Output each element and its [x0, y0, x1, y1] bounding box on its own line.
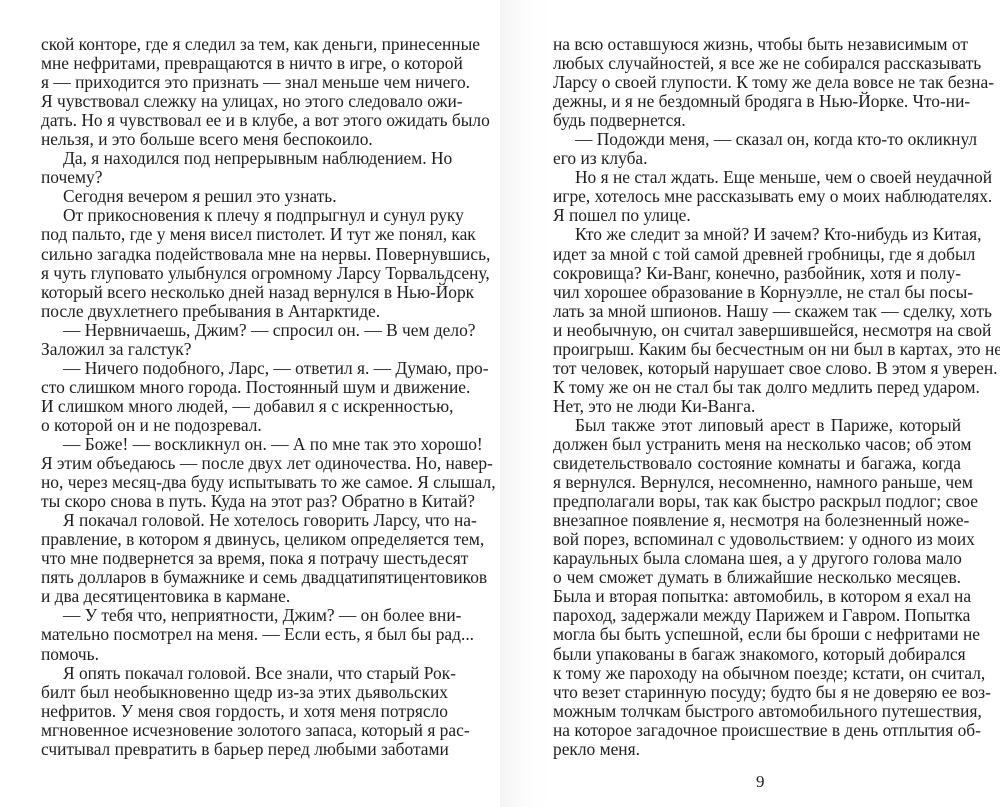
- text-line: его из клуба.: [553, 149, 961, 168]
- text-line: тот человек, который нарушает свое слово…: [553, 359, 961, 378]
- text-line: нефритов. У меня своя гордость, и хотя м…: [41, 702, 448, 721]
- text-line: я вернулся. Вернулся, несомненно, намног…: [553, 473, 961, 492]
- text-line: мгновенное исчезновение золотого запаса,…: [41, 721, 448, 740]
- text-line: правление, в котором я двинусь, целиком …: [41, 530, 448, 549]
- text-line: чил хорошее образование в Корнуэлле, не …: [553, 283, 961, 302]
- right-page-text: на всю оставшуюся жизнь, чтобы быть неза…: [553, 35, 961, 759]
- left-page-text: ской конторе, где я следил за тем, как д…: [41, 35, 448, 759]
- text-line: и два десятицентовика в кармане.: [41, 587, 448, 606]
- text-line: любых случайностей, я все же не собиралс…: [553, 54, 961, 73]
- text-line: считывал превратить в барьер перед любым…: [41, 740, 448, 759]
- text-line: сокровища? Ки-Ванг, конечно, разбойник, …: [553, 264, 961, 283]
- text-line: после двухлетнего пребывания в Антарктид…: [41, 302, 448, 321]
- text-line: Была и вторая попытка: автомобиль, в кот…: [553, 587, 961, 606]
- text-line: и необычную, он считал завершившейся, не…: [553, 321, 961, 340]
- text-line: игре, хотелось мне рассказывать ему о мо…: [553, 187, 961, 206]
- text-line: который всего несколько дней назад верну…: [41, 283, 448, 302]
- text-line: проигрыш. Каким бы бесчестным он ни был …: [553, 340, 961, 359]
- text-line: Заложил за галстук?: [41, 340, 448, 359]
- text-line: идет за мной с той самой древней гробниц…: [553, 245, 961, 264]
- text-line: Да, я находился под непрерывным наблюден…: [41, 149, 448, 168]
- text-line: на которое загадочное происшествие в ден…: [553, 721, 961, 740]
- text-line: внезапное появление я, несмотря на болез…: [553, 511, 961, 530]
- text-line: вой порез, вспоминал с удовольствием: у …: [553, 530, 961, 549]
- book-spread: ской конторе, где я следил за тем, как д…: [0, 0, 1000, 807]
- text-line: что мне подвернется за время, пока я пот…: [41, 549, 448, 568]
- text-line: должен был устранить меня на несколько ч…: [553, 435, 961, 454]
- text-line: были упакованы в багаж знакомого, которы…: [553, 645, 961, 664]
- text-line: сто слишком много города. Постоянный шум…: [41, 378, 448, 397]
- text-line: на всю оставшуюся жизнь, чтобы быть неза…: [553, 35, 961, 54]
- text-line: — Ничего подобного, Ларс, — ответил я. —…: [41, 359, 448, 378]
- text-line: можным толчкам быстрого автомобильного п…: [553, 702, 961, 721]
- text-line: нельзя, и это больше всего меня беспокои…: [41, 130, 448, 149]
- text-line: о которой он и не подозревал.: [41, 416, 448, 435]
- text-line: ты скоро снова в путь. Куда на этот раз?…: [41, 492, 448, 511]
- text-line: дать. Но я чувствовал ее и в клубе, а во…: [41, 111, 448, 130]
- text-line: я чуть глуповато улыбнулся огромному Лар…: [41, 264, 448, 283]
- text-line: будь подвернется.: [553, 111, 961, 130]
- text-line: Ларсу о своей глупости. К тому же дела в…: [553, 73, 961, 92]
- text-line: Я опять покачал головой. Все знали, что …: [41, 664, 448, 683]
- text-line: Сегодня вечером я решил это узнать.: [41, 187, 448, 206]
- text-line: Я этим объедаюсь — после двух лет одиноч…: [41, 454, 448, 473]
- text-line: Но я не стал ждать. Еще меньше, чем о св…: [553, 168, 961, 187]
- text-line: пароход, задержали между Парижем и Гавро…: [553, 606, 961, 625]
- text-line: И слишком много людей, — добавил я с иск…: [41, 397, 448, 416]
- text-line: — Подожди меня, — сказал он, когда кто-т…: [553, 130, 961, 149]
- text-line: мательно посмотрел на меня. — Если есть,…: [41, 625, 448, 644]
- right-page: на всю оставшуюся жизнь, чтобы быть неза…: [500, 0, 1000, 807]
- text-line: Я покачал головой. Не хотелось говорить …: [41, 511, 448, 530]
- text-line: помочь.: [41, 645, 448, 664]
- text-line: От прикосновения к плечу я подпрыгнул и …: [41, 206, 448, 225]
- text-line: Кто же следит за мной? И зачем? Кто-нибу…: [553, 225, 961, 244]
- text-line: — Боже! — воскликнул он. — А по мне так …: [41, 435, 448, 454]
- text-line: могла бы быть успешной, если бы броши с …: [553, 625, 961, 644]
- text-line: — У тебя что, неприятности, Джим? — он б…: [41, 606, 448, 625]
- text-line: билт был необыкновенно щедр из-за этих д…: [41, 683, 448, 702]
- text-line: лать за мной шпионов. Нашу — скажем так …: [553, 302, 961, 321]
- text-line: Я пошел по улице.: [553, 206, 961, 225]
- text-line: — Нервничаешь, Джим? — спросил он. — В ч…: [41, 321, 448, 340]
- text-line: пять долларов в бумажнике и семь двадцат…: [41, 568, 448, 587]
- text-line: что везет старинную посуду; будто бы я н…: [553, 683, 961, 702]
- text-line: сильно загадка подействовала мне на нерв…: [41, 245, 448, 264]
- text-line: к тому же пароходу на обычном поезде; кс…: [553, 664, 961, 683]
- text-line: дежны, и я не бездомный бродяга в Нью-Йо…: [553, 92, 961, 111]
- text-line: Был также этот липовый арест в Париже, к…: [553, 416, 961, 435]
- text-line: но, через месяц-два буду испытывать то ж…: [41, 473, 448, 492]
- text-line: почему?: [41, 168, 448, 187]
- left-page: ской конторе, где я следил за тем, как д…: [0, 0, 500, 807]
- text-line: я — приходится это признать — знал меньш…: [41, 73, 448, 92]
- text-line: рекло меня.: [553, 740, 961, 759]
- text-line: о чем сможет думать в ближайшие нескольк…: [553, 568, 961, 587]
- text-line: предполагали воры, так как быстро раскры…: [553, 492, 961, 511]
- text-line: свидетельствовало состояние комнаты и ба…: [553, 454, 961, 473]
- text-line: К тому же он не стал бы так долго медлит…: [553, 378, 961, 397]
- text-line: мне нефритами, превращаются в ничто в иг…: [41, 54, 448, 73]
- text-line: ской конторе, где я следил за тем, как д…: [41, 35, 448, 54]
- text-line: Я чувствовал слежку на улицах, но этого …: [41, 92, 448, 111]
- page-number: 9: [756, 772, 765, 792]
- text-line: Нет, это не люди Ки-Ванга.: [553, 397, 961, 416]
- text-line: караульных была сломана шея, а у другого…: [553, 549, 961, 568]
- text-line: под пальто, где у меня висел пистолет. И…: [41, 225, 448, 244]
